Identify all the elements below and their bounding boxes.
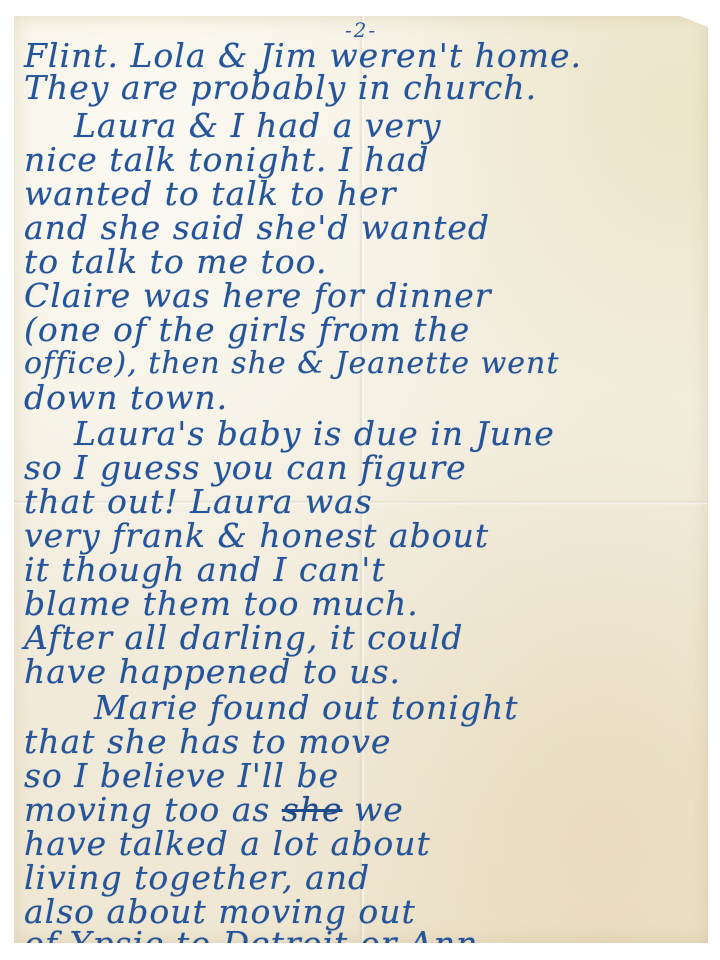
letter-line: down town. xyxy=(24,378,228,418)
letter-line: of Ypsie to Detroit or Ann xyxy=(24,924,478,960)
letter-page: -2- Flint. Lola & Jim weren't home. They… xyxy=(14,16,708,943)
letter-line: have happened to us. xyxy=(24,652,401,692)
letter-line: They are probably in church. xyxy=(24,68,537,108)
